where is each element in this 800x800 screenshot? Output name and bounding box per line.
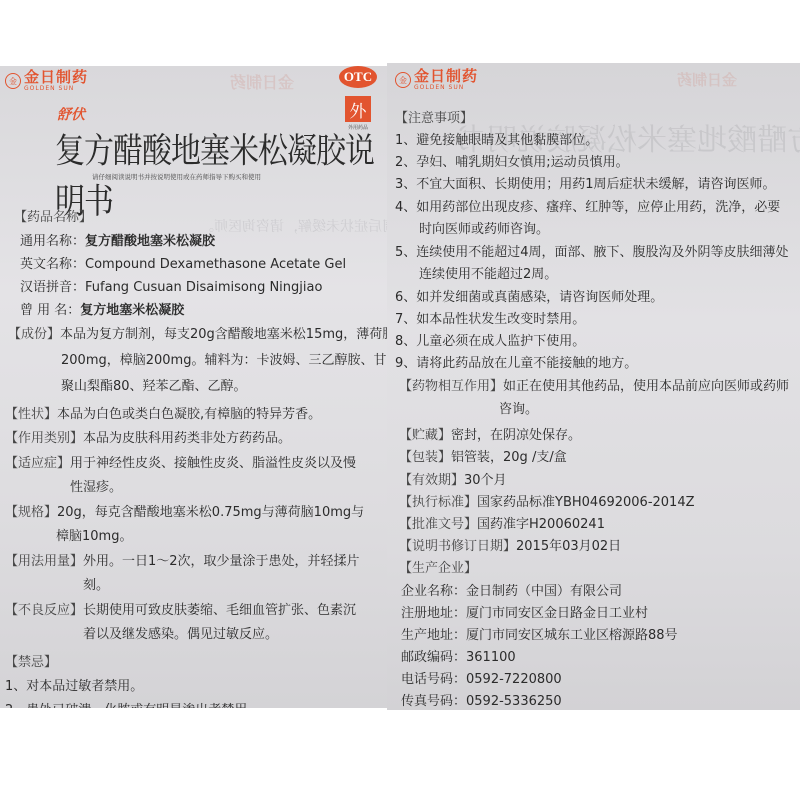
storage-row: 【贮藏】密封，在阴凉处保存。 (399, 424, 581, 443)
company-logo: 金 金日制药 GOLDEN SUN (5, 70, 88, 92)
logo-chinese-name: 金日制药 (24, 70, 88, 85)
standard-text: 国家药品标准YBH04692006-2014Z (477, 495, 694, 510)
package-row: 【包装】铝管装，20g /支/盒 (399, 446, 567, 465)
former-name-row: 曾 用 名：复方地塞米松凝胶 (20, 299, 184, 318)
section-heading-revision-date: 【说明书修订日期】 (399, 539, 516, 554)
category-row: 【作用类别】本品为皮肤科用药类非处方药药品。 (5, 427, 291, 446)
postal-code-label: 邮政编码： (401, 650, 466, 665)
section-heading-indications: 【适应症】 (5, 456, 70, 471)
appearance-row: 【性状】本品为白色或类白色凝胶,有樟脑的特异芳香。 (5, 403, 321, 422)
production-address-value: 厦门市同安区城东工业区榕源路88号 (466, 628, 678, 643)
appearance-text: 本品为白色或类白色凝胶,有樟脑的特异芳香。 (57, 407, 321, 422)
company-logo: 金 金日制药 GOLDEN SUN (395, 69, 478, 91)
specification-row: 【规格】20g，每克含醋酸地塞米松0.75mg与薄荷脑10mg与 (5, 501, 364, 520)
precaution-item-continued: 时向医师或药师咨询。 (419, 218, 549, 237)
logo-english-name: GOLDEN SUN (24, 86, 88, 92)
logo-chinese-name: 金日制药 (414, 69, 478, 84)
external-use-badge: 外 (345, 96, 371, 122)
english-name-value: Compound Dexamethasone Acetate Gel (85, 257, 346, 272)
postal-code-row: 邮政编码：361100 (401, 646, 516, 665)
section-heading-dosage: 【用法用量】 (5, 554, 83, 569)
section-heading-package: 【包装】 (399, 450, 451, 465)
indications-line-1: 用于神经性皮炎、接触性皮炎、脂溢性皮炎以及慢 (70, 456, 356, 471)
phone-value: 0592-7220800 (466, 672, 562, 687)
page-subtitle: 请仔细阅读说明书并按说明使用或在药师指导下购买和使用 (92, 172, 261, 181)
specification-line-1: 20g，每克含醋酸地塞米松0.75mg与薄荷脑10mg与 (57, 505, 364, 520)
fax-label: 传真号码： (401, 694, 466, 709)
section-heading-drug-name: 【药品名称】 (14, 206, 92, 225)
dosage-line-1: 外用。一日1～2次，取少量涂于患处，并轻揉片 (83, 554, 360, 569)
revision-date-row: 【说明书修订日期】2015年03月02日 (399, 535, 621, 554)
adverse-reactions-row: 【不良反应】长期使用可致皮肤萎缩、毛细血管扩张、色素沉 (5, 599, 356, 618)
brand-name: 舒伏 (57, 104, 85, 124)
english-name-row: 英文名称：Compound Dexamethasone Acetate Gel (20, 253, 346, 272)
phone-row: 电话号码：0592-7220800 (401, 668, 562, 687)
phone-label: 电话号码： (401, 672, 466, 687)
registered-address-value: 厦门市同安区金日路金日工业村 (466, 606, 648, 621)
fax-value: 0592-5336250 (466, 694, 562, 709)
section-heading-validity: 【有效期】 (399, 473, 464, 488)
section-heading-composition: 【成份】 (8, 327, 60, 342)
standard-row: 【执行标准】国家药品标准YBH04692006-2014Z (399, 491, 695, 510)
section-heading-manufacturer: 【生产企业】 (399, 557, 477, 576)
english-name-label: 英文名称： (20, 257, 85, 272)
section-heading-precautions: 【注意事项】 (395, 107, 473, 126)
golden-sun-emblem-icon: 金 (395, 72, 411, 88)
dosage-line-2: 刻。 (83, 574, 109, 593)
composition-row: 【成份】本品为复方制剂，每支20g含醋酸地塞米松15mg，薄荷脑 (8, 323, 387, 342)
section-heading-standard: 【执行标准】 (399, 495, 477, 510)
section-heading-contraindications: 【禁忌】 (5, 651, 57, 670)
leaflet-front-page: 金日制药 不宜大面积、长期使用；用药1周后症状未缓解，请咨询医师。 金 金日制药… (0, 66, 387, 708)
section-heading-approval: 【批准文号】 (399, 517, 477, 532)
logo-english-name: GOLDEN SUN (414, 85, 478, 91)
postal-code-value: 361100 (466, 650, 516, 665)
generic-name-value: 复方醋酸地塞米松凝胶 (85, 234, 215, 249)
company-name-value: 金日制药（中国）有限公司 (466, 584, 622, 599)
section-heading-storage: 【贮藏】 (399, 428, 451, 443)
pinyin-label: 汉语拼音： (20, 280, 85, 295)
storage-text: 密封，在阴凉处保存。 (451, 428, 581, 443)
indications-row: 【适应症】用于神经性皮炎、接触性皮炎、脂溢性皮炎以及慢 (5, 452, 356, 471)
interactions-line-2: 咨询。 (499, 398, 538, 417)
precaution-item: 2、孕妇、哺乳期妇女慎用;运动员慎用。 (395, 151, 629, 170)
precaution-item: 8、儿童必须在成人监护下使用。 (395, 330, 585, 349)
company-name-row: 企业名称：金日制药（中国）有限公司 (401, 580, 622, 599)
precaution-item: 3、不宜大面积、长期使用；用药1周后症状未缓解，请咨询医师。 (395, 173, 776, 192)
fax-row: 传真号码：0592-5336250 (401, 690, 562, 709)
production-address-row: 生产地址：厦门市同安区城东工业区榕源路88号 (401, 624, 678, 643)
precaution-item: 4、如用药部位出现皮疹、瘙痒、红肿等，应停止用药，洗净，必要 (395, 196, 780, 215)
approval-text: 国药准字H20060241 (477, 517, 605, 532)
composition-line-2: 200mg，樟脑200mg。辅料为：卡波姆、三乙醇胺、甘油、 (61, 349, 387, 368)
generic-name-label: 通用名称： (20, 234, 85, 249)
precaution-item: 7、如本品性状发生改变时禁用。 (395, 308, 585, 327)
section-heading-category: 【作用类别】 (5, 431, 83, 446)
section-heading-appearance: 【性状】 (5, 407, 57, 422)
dosage-row: 【用法用量】外用。一日1～2次，取少量涂于患处，并轻揉片 (5, 550, 360, 569)
composition-line-1: 本品为复方制剂，每支20g含醋酸地塞米松15mg，薄荷脑 (60, 327, 387, 342)
section-heading-interactions: 【药物相互作用】 (399, 379, 503, 394)
package-text: 铝管装，20g /支/盒 (451, 450, 567, 465)
pinyin-name-row: 汉语拼音：Fufang Cusuan Disaimisong Ningjiao (20, 276, 322, 295)
precaution-item: 5、连续使用不能超过4周，面部、腋下、腹股沟及外阴等皮肤细薄处 (395, 241, 789, 260)
adverse-line-1: 长期使用可致皮肤萎缩、毛细血管扩张、色素沉 (83, 603, 356, 618)
otc-badge: OTC (339, 66, 377, 88)
generic-name-row: 通用名称：复方醋酸地塞米松凝胶 (20, 230, 215, 249)
contraindication-item: 1、对本品过敏者禁用。 (5, 675, 143, 694)
company-name-label: 企业名称： (401, 584, 466, 599)
validity-row: 【有效期】30个月 (399, 469, 507, 488)
approval-row: 【批准文号】国药准字H20060241 (399, 513, 605, 532)
ghost-logo: 金日制药 (230, 70, 294, 93)
precaution-item: 9、请将此药品放在儿童不能接触的地方。 (395, 352, 637, 371)
pinyin-value: Fufang Cusuan Disaimisong Ningjiao (85, 280, 322, 295)
revision-date-text: 2015年03月02日 (516, 539, 621, 554)
former-name-value: 复方地塞米松凝胶 (80, 303, 184, 318)
adverse-line-2: 着以及继发感染。偶见过敏反应。 (83, 623, 278, 642)
composition-line-3: 聚山梨酯80、羟苯乙酯、乙醇。 (61, 375, 247, 394)
validity-text: 30个月 (464, 473, 507, 488)
registered-address-row: 注册地址：厦门市同安区金日路金日工业村 (401, 602, 648, 621)
interactions-line-1: 如正在使用其他药品，使用本品前应向医师或药师 (503, 379, 789, 394)
indications-line-2: 性湿疹。 (70, 476, 122, 495)
golden-sun-emblem-icon: 金 (5, 73, 21, 89)
ghost-logo: 金日制药 (677, 69, 737, 90)
former-name-label: 曾 用 名： (20, 303, 80, 318)
precaution-item: 1、避免接触眼睛及其他黏膜部位。 (395, 129, 598, 148)
production-address-label: 生产地址： (401, 628, 466, 643)
precaution-item-continued: 连续使用不能超过2周。 (419, 263, 557, 282)
category-text: 本品为皮肤科用药类非处方药药品。 (83, 431, 291, 446)
interactions-row: 【药物相互作用】如正在使用其他药品，使用本品前应向医师或药师 (399, 375, 789, 394)
specification-line-2: 樟脑10mg。 (56, 525, 132, 544)
leaflet-back-page: 金日制药 复方醋酸地塞米松凝胶说明书 金 金日制药 GOLDEN SUN 【注意… (387, 63, 800, 710)
registered-address-label: 注册地址： (401, 606, 466, 621)
section-heading-adverse-reactions: 【不良反应】 (5, 603, 83, 618)
precaution-item: 6、如并发细菌或真菌感染，请咨询医师处理。 (395, 286, 663, 305)
contraindication-item: 2、患处已破溃、化脓或有明显渗出者禁用。 (5, 699, 260, 708)
section-heading-specification: 【规格】 (5, 505, 57, 520)
